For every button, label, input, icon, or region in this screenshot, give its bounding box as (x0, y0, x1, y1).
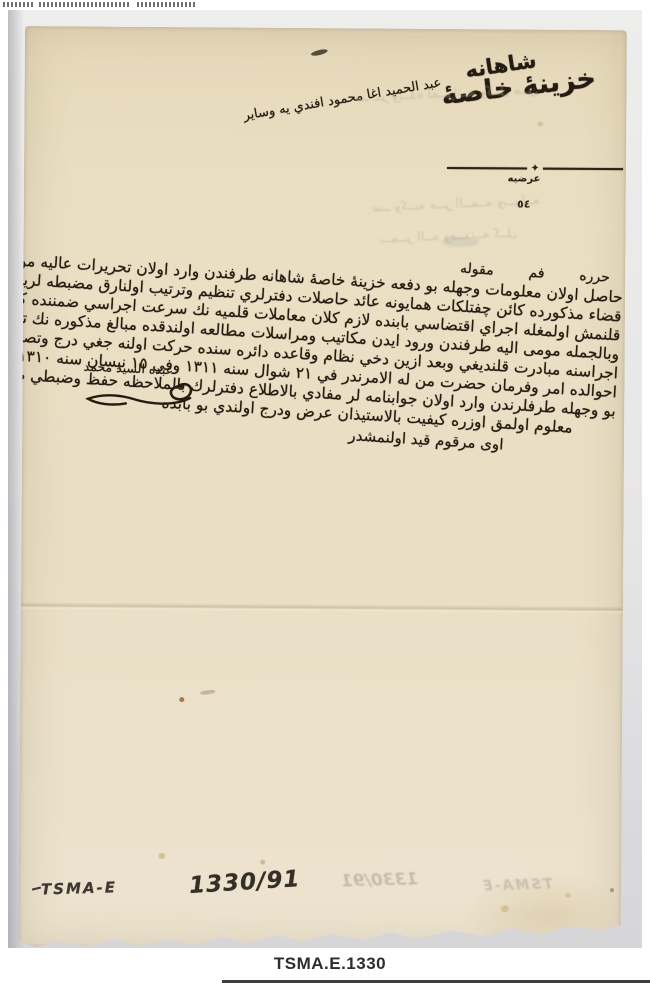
manuscript-paper: شاهانه خزينهٔ خاصهٔ ✦ عرضيه ٥٤ عبد الحمي… (19, 26, 627, 951)
stain-spot (179, 697, 184, 702)
stain-spot (537, 122, 543, 127)
microtext-segment (137, 2, 195, 7)
stain-spot (260, 860, 265, 865)
divider-rule-right (543, 167, 623, 170)
archival-number-ghost: 1330/91 (341, 869, 419, 891)
microtext-segment (3, 2, 33, 7)
microtext-segment (39, 2, 131, 7)
fold-crease (21, 602, 623, 614)
archival-label-ghost: TSMA-E (481, 876, 553, 894)
ink-mark (310, 48, 328, 57)
signature-block: عبده السيد محمد (71, 358, 199, 418)
document-caption: TSMA.E.1330 (0, 954, 650, 974)
caption-bar: TSMA.E.1330 (0, 948, 650, 984)
stain-spot (501, 905, 509, 912)
stain-spot (610, 888, 614, 892)
bleed-through-ghost: بــمــر الــه ومــدتــه كــل (379, 223, 579, 247)
archival-number: 1330/91 (188, 866, 301, 899)
header-word: حرره (579, 268, 610, 286)
stain-spot (565, 893, 571, 898)
ink-smudge (441, 237, 479, 247)
divider-rule-left (447, 166, 527, 169)
scanned-document-page: شاهانه خزينهٔ خاصهٔ ✦ عرضيه ٥٤ عبد الحمي… (0, 0, 650, 984)
archival-fond-label: TSMA-E (41, 878, 118, 898)
stain-smear (200, 689, 215, 695)
header-word: فم (528, 265, 545, 282)
bleed-through-ghost: ســ وكــبه مــر الــمــه وبــرلــه (372, 190, 602, 215)
bottom-border-line (222, 980, 650, 983)
signature-flourish (72, 373, 199, 414)
microfilm-header-strip (3, 2, 195, 7)
header-word: مقوله (460, 261, 495, 279)
manuscript-text-block: حرره فم مقوله حاصل اولان معلومات وجهله ب… (14, 232, 625, 460)
letterhead-seal-mark: عرضيه (502, 173, 546, 184)
photo-background: شاهانه خزينهٔ خاصهٔ ✦ عرضيه ٥٤ عبد الحمي… (8, 10, 642, 948)
stain-spot (158, 853, 165, 859)
